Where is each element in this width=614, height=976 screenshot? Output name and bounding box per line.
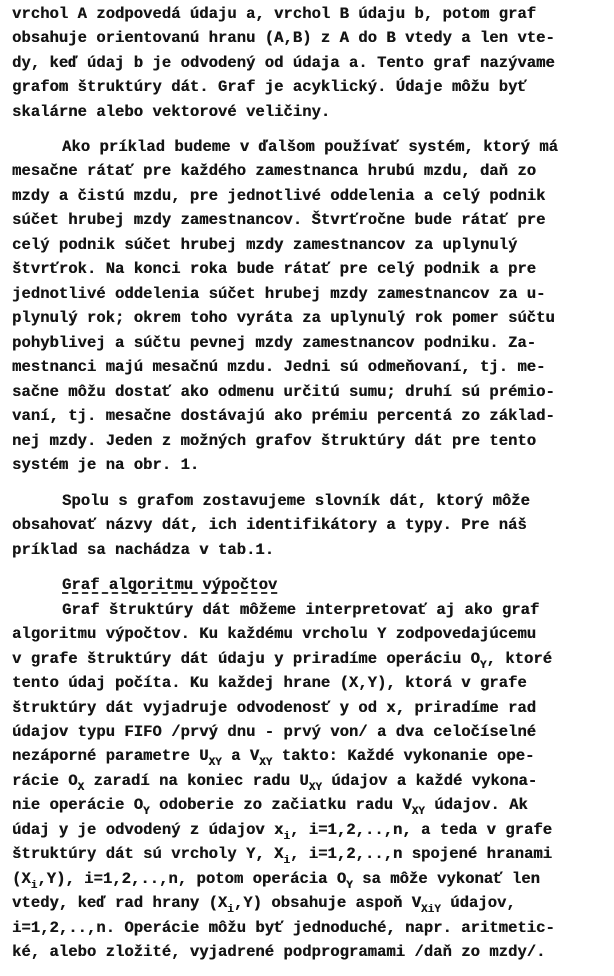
subscript: Y [143, 806, 150, 818]
subscript: i [283, 855, 290, 867]
section-heading: Graf algoritmu výpočtov [62, 575, 277, 595]
paragraph-line: celý podnik súčet hrubej mzdy zamestnanc… [12, 235, 517, 255]
paragraph-line: sačne môžu dostať ako odmenu určitú sumu… [12, 382, 555, 402]
paragraph-line: mzdy a čistú mzdu, pre jednotlivé oddele… [12, 186, 545, 206]
subscript: Y [480, 660, 487, 672]
paragraph-line: (Xi,Y), i=1,2,..,n, potom operácia OY sa… [12, 869, 540, 889]
paragraph-line: nej mzdy. Jeden z možných grafov štruktú… [12, 431, 536, 451]
paragraph-line: nie operácie OY odoberie zo začiatku rad… [12, 795, 528, 815]
paragraph-line: plynulý rok; okrem toho vyráta za uplynu… [12, 308, 555, 328]
paragraph-line: vtedy, keď rad hrany (Xi,Y) obsahuje asp… [12, 893, 516, 913]
document-page: vrchol A zodpovedá údaju a, vrchol B úda… [0, 0, 614, 976]
paragraph-line: vrchol A zodpovedá údaju a, vrchol B úda… [12, 4, 536, 24]
paragraph-line: štruktúry dát sú vrcholy Y, Xi, i=1,2,..… [12, 844, 552, 864]
paragraph-line: pohyblivej a súčtu pevnej mzdy zamestnan… [12, 333, 536, 353]
paragraph-line: mesačne rátať pre každého zamestnanca hr… [12, 161, 536, 181]
paragraph-line: mestnanci majú mesačnú mzdu. Jedni sú od… [12, 357, 545, 377]
paragraph-line: údajov typu FIFO /prvý dnu - prvý von/ a… [12, 722, 536, 742]
paragraph-line: Graf štruktúry dát môžeme interpretovať … [62, 600, 539, 620]
paragraph-line: rácie OX zaradí na koniec radu UXY údajo… [12, 771, 537, 791]
paragraph-line: údaj y je odvodený z údajov xi, i=1,2,..… [12, 820, 552, 840]
subscript: XY [412, 806, 425, 818]
paragraph-line: grafom štruktúry dát. Graf je acyklický.… [12, 77, 527, 97]
subscript: XY [309, 782, 322, 794]
subscript: i [31, 880, 38, 892]
paragraph-line: štruktúry dát vyjadruje odvodenosť y od … [12, 698, 536, 718]
paragraph-line: Ako príklad budeme v ďalšom používať sys… [62, 137, 558, 157]
paragraph-line: dy, keď údaj b je odvodený od údaja a. T… [12, 53, 555, 73]
paragraph-line: ké, alebo zložité, vyjadrené podprograma… [12, 942, 545, 962]
paragraph-line: tento údaj počíta. Ku každej hrane (X,Y)… [12, 673, 527, 693]
paragraph-line: i=1,2,..,n. Operácie môžu byť jednoduché… [12, 918, 555, 938]
paragraph-line: nezáporné parametre UXY a VXY takto: Kaž… [12, 746, 534, 766]
paragraph-line: obsahovať názvy dát, ich identifikátory … [12, 515, 527, 535]
paragraph-line: štvrťrok. Na konci roka bude rátať pre c… [12, 259, 536, 279]
subscript: XY [209, 757, 222, 769]
paragraph-line: skalárne alebo vektorové veličiny. [12, 102, 330, 122]
paragraph-line: súčet hrubej mzdy zamestnancov. Štvrťroč… [12, 210, 545, 230]
subscript: XiY [421, 904, 441, 916]
paragraph-line: vaní, tj. mesačne dostávajú ako prémiu p… [12, 406, 555, 426]
subscript: X [78, 782, 85, 794]
paragraph-line: systém je na obr. 1. [12, 455, 199, 475]
paragraph-line: príklad sa nachádza v tab.1. [12, 540, 274, 560]
subscript: i [283, 831, 290, 843]
paragraph-line: Spolu s grafom zostavujeme slovník dát, … [62, 491, 530, 511]
paragraph-line: v grafe štruktúry dát údaju y priradíme … [12, 649, 552, 669]
subscript: i [227, 904, 234, 916]
paragraph-line: obsahuje orientovanú hranu (A,B) z A do … [12, 28, 555, 48]
subscript: Y [346, 880, 353, 892]
subscript: XY [259, 757, 272, 769]
paragraph-line: jednotlivé oddelenia súčet hrubej mzdy z… [12, 284, 545, 304]
paragraph-line: algoritmu výpočtov. Ku každému vrcholu Y… [12, 624, 536, 644]
